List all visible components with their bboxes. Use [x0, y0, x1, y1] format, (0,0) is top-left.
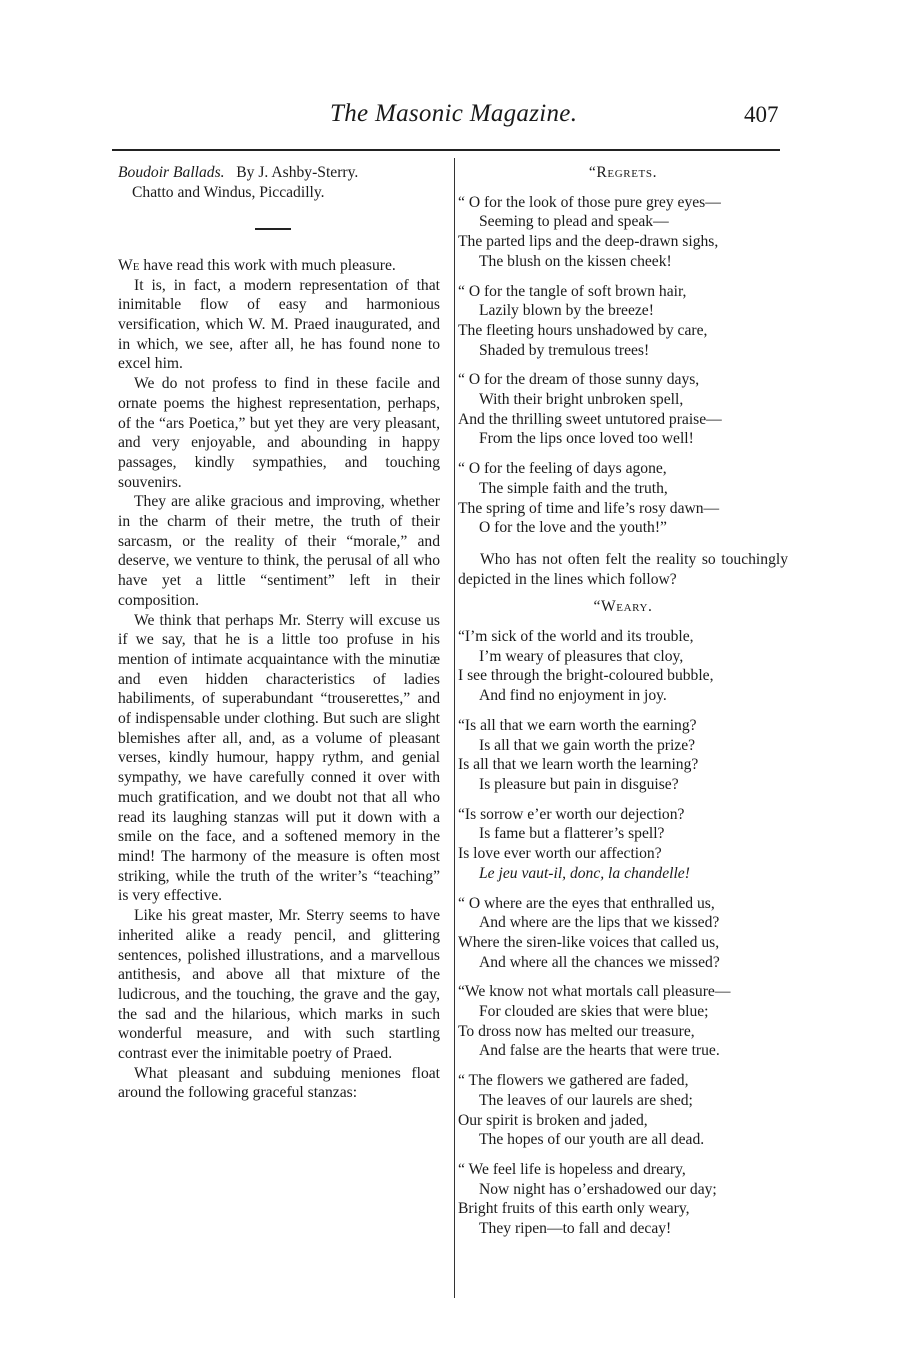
verse-line: The parted lips and the deep-drawn sighs…: [458, 232, 788, 252]
verse-line: Where the siren-like voices that called …: [458, 933, 788, 953]
stanza: “ O for the feeling of days agone, The s…: [458, 459, 788, 538]
verse-line: And find no enjoyment in joy.: [458, 686, 788, 706]
verse-line: I see through the bright-coloured bubble…: [458, 666, 788, 686]
left-column: Boudoir Ballads. By J. Ashby-Sterry. Cha…: [118, 163, 440, 1103]
stanza: “ O for the tangle of soft brown hair, L…: [458, 282, 788, 361]
verse-line: They ripen—to fall and decay!: [458, 1219, 788, 1239]
book-title-line: Boudoir Ballads. By J. Ashby-Sterry.: [118, 163, 440, 183]
stanza: “ The flowers we gathered are faded, The…: [458, 1071, 788, 1150]
stanza: “Is all that we earn worth the earning? …: [458, 716, 788, 795]
book-author: By J. Ashby-Sterry.: [236, 164, 358, 181]
page-number: 407: [744, 102, 779, 128]
verse-line: The fleeting hours unshadowed by care,: [458, 321, 788, 341]
verse-line: And false are the hearts that were true.: [458, 1041, 788, 1061]
header-rule: [112, 149, 780, 151]
magazine-title: The Masonic Magazine.: [330, 100, 577, 128]
verse-line: The hopes of our youth are all dead.: [458, 1130, 788, 1150]
verse-line: The blush on the kissen cheek!: [458, 252, 788, 272]
poem-title-weary: “Weary.: [458, 597, 788, 617]
verse-line: Is love ever worth our affection?: [458, 844, 788, 864]
section-rule: [255, 228, 291, 230]
review-paragraph: It is, in fact, a modern representation …: [118, 276, 440, 375]
verse-line: “ We feel life is hopeless and dreary,: [458, 1160, 788, 1180]
stanza: “I’m sick of the world and its trouble, …: [458, 627, 788, 706]
verse-line: From the lips once loved too well!: [458, 429, 788, 449]
verse-line-french: Le jeu vaut-il, donc, la chandelle!: [458, 864, 788, 884]
stanza: “ O for the look of those pure grey eyes…: [458, 193, 788, 272]
verse-line: And where are the lips that we kissed?: [458, 913, 788, 933]
right-column: “Regrets. “ O for the look of those pure…: [458, 163, 788, 1239]
verse-line: To dross now has melted our treasure,: [458, 1022, 788, 1042]
verse-line: Seeming to plead and speak—: [458, 212, 788, 232]
verse-line: “ O for the look of those pure grey eyes…: [458, 193, 788, 213]
verse-line: Is all that we learn worth the learning?: [458, 755, 788, 775]
verse-line: “ O where are the eyes that enthralled u…: [458, 894, 788, 914]
verse-line: I’m weary of pleasures that cloy,: [458, 647, 788, 667]
stanza: “Is sorrow e’er worth our dejection? Is …: [458, 805, 788, 884]
poem-title-regrets: “Regrets.: [458, 163, 788, 183]
verse-line: The simple faith and the truth,: [458, 479, 788, 499]
running-head: The Masonic Magazine. 407: [0, 100, 905, 140]
verse-line: “ The flowers we gathered are faded,: [458, 1071, 788, 1091]
verse-line: Is fame but a flatterer’s spell?: [458, 824, 788, 844]
verse-line: And the thrilling sweet untutored praise…: [458, 410, 788, 430]
stanza: “ O where are the eyes that enthralled u…: [458, 894, 788, 973]
review-paragraph: We have read this work with much pleasur…: [118, 256, 440, 276]
review-paragraph: We do not profess to find in these facil…: [118, 374, 440, 492]
verse-line: “Is all that we earn worth the earning?: [458, 716, 788, 736]
interlude-paragraph: Who has not often felt the reality so to…: [458, 550, 788, 589]
verse-line: Is pleasure but pain in disguise?: [458, 775, 788, 795]
verse-line: Now night has o’ershadowed our day;: [458, 1180, 788, 1200]
stanza: “We know not what mortals call pleasure—…: [458, 982, 788, 1061]
verse-line: “I’m sick of the world and its trouble,: [458, 627, 788, 647]
verse-line: Lazily blown by the breeze!: [458, 301, 788, 321]
column-divider: [454, 158, 455, 1298]
book-title: Boudoir Ballads.: [118, 164, 225, 181]
drop-word: We: [118, 257, 139, 274]
verse-line: With their bright unbroken spell,: [458, 390, 788, 410]
verse-line: “Is sorrow e’er worth our dejection?: [458, 805, 788, 825]
verse-line: “ O for the feeling of days agone,: [458, 459, 788, 479]
stanza: “ O for the dream of those sunny days, W…: [458, 370, 788, 449]
verse-line: Bright fruits of this earth only weary,: [458, 1199, 788, 1219]
review-paragraph: They are alike gracious and improving, w…: [118, 492, 440, 610]
verse-line: “ O for the tangle of soft brown hair,: [458, 282, 788, 302]
review-paragraph: What pleasant and subduing meniones floa…: [118, 1064, 440, 1103]
verse-line: O for the love and the youth!”: [458, 518, 788, 538]
verse-line: And where all the chances we missed?: [458, 953, 788, 973]
verse-line: The spring of time and life’s rosy dawn—: [458, 499, 788, 519]
verse-line: “ O for the dream of those sunny days,: [458, 370, 788, 390]
review-paragraph: Like his great master, Mr. Sterry seems …: [118, 906, 440, 1064]
verse-line: For clouded are skies that were blue;: [458, 1002, 788, 1022]
review-paragraph: We think that perhaps Mr. Sterry will ex…: [118, 611, 440, 907]
verse-line: Shaded by tremulous trees!: [458, 341, 788, 361]
verse-line: Is all that we gain worth the prize?: [458, 736, 788, 756]
verse-line: Our spirit is broken and jaded,: [458, 1111, 788, 1131]
book-publisher: Chatto and Windus, Piccadilly.: [132, 183, 440, 203]
verse-line: The leaves of our laurels are shed;: [458, 1091, 788, 1111]
verse-line: “We know not what mortals call pleasure—: [458, 982, 788, 1002]
stanza: “ We feel life is hopeless and dreary, N…: [458, 1160, 788, 1239]
